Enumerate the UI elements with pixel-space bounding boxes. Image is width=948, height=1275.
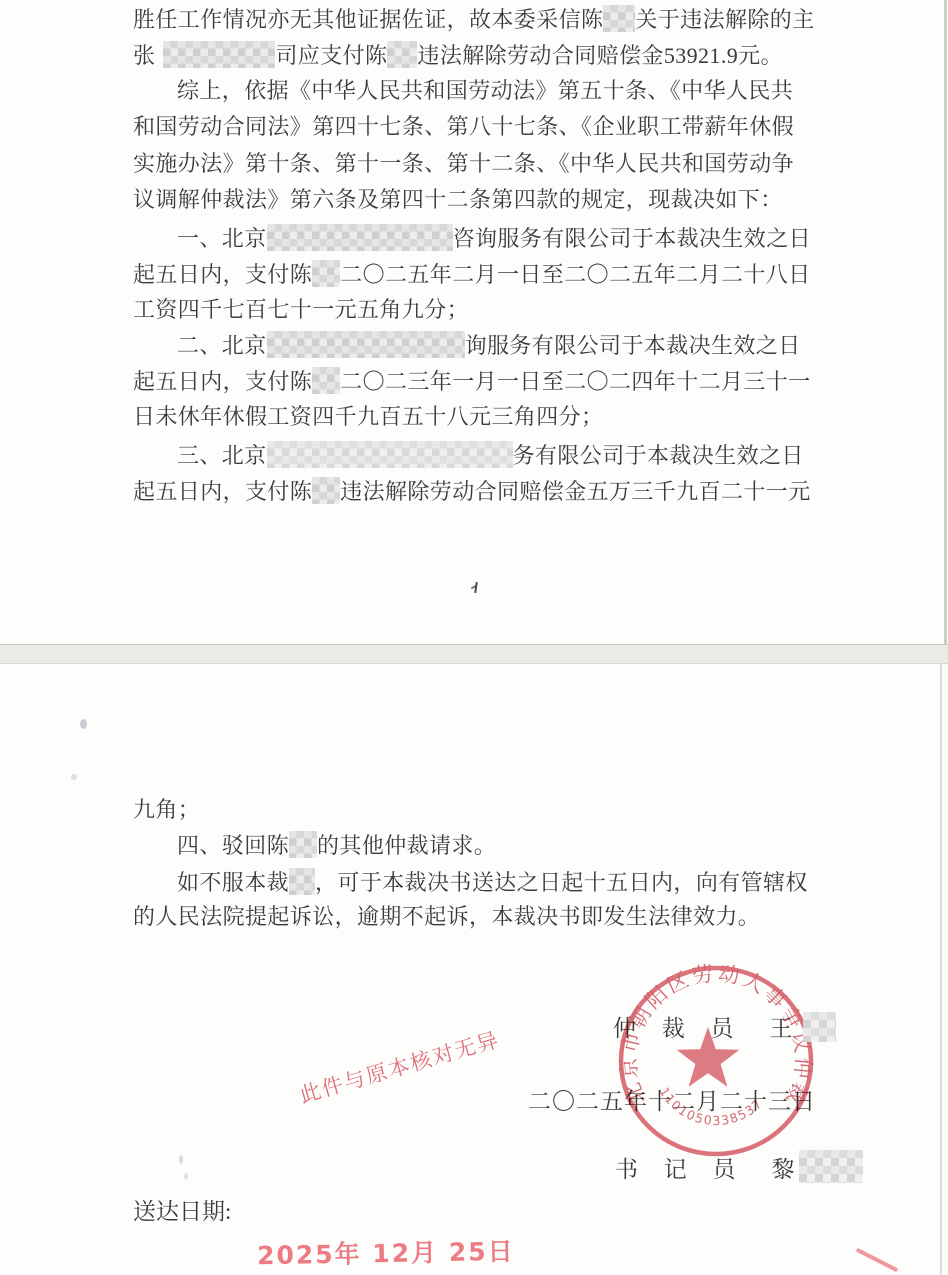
body-line: 胜任工作情况亦无其他证据佐证，故本委采信陈关于违法解除的主 [133, 5, 815, 35]
body-line: 实施办法》第十条、第十一条、第十二条、《中华人民共和国劳动争 [133, 150, 794, 180]
text-segment: 张 [133, 43, 155, 68]
body-line: 日未休年休假工资四千九百五十八元三角四分； [133, 403, 603, 433]
scan-speck [179, 1155, 183, 1164]
text-segment: ，可于本裁决书送达之日起十五日内，向有管辖权 [315, 870, 808, 895]
arbitrator-surname: 王 [770, 1016, 793, 1041]
body-line: 工资四千七百七十一元五角九分； [133, 296, 469, 326]
text-segment: 日未休年休假工资四千九百五十八元三角四分； [133, 404, 603, 429]
body-line: 一、北京咨询服务有限公司于本裁决生效之日 [133, 224, 811, 254]
text-segment: 关于违法解除的主 [635, 7, 814, 32]
text-segment: 实施办法》第十条、第十一条、第十二条、《中华人民共和国劳动争 [133, 151, 794, 176]
redaction-block [289, 831, 317, 858]
text-segment: 综上，依据《中华人民共和国劳动法》第五十条、《中华人民共 [177, 78, 793, 103]
svg-text:1101050338537: 1101050338537 [657, 1084, 766, 1128]
redaction-block [387, 41, 417, 68]
text-segment: 司应支付陈 [275, 43, 387, 68]
official-seal: 北京市朝阳区劳动人事争议仲裁委员会 1101050338537 [617, 962, 815, 1160]
redaction-block [803, 1012, 836, 1042]
redaction-block [267, 224, 453, 251]
body-line: 起五日内，支付陈违法解除劳动合同赔偿金五万三千九百二十一元 [133, 477, 811, 507]
body-line: 二、北京询服务有限公司于本裁决生效之日 [133, 331, 801, 361]
text-segment: 四、驳回陈 [177, 833, 289, 858]
redaction-block [603, 5, 635, 32]
text-segment: 胜任工作情况亦无其他证据佐证，故本委采信陈 [133, 7, 603, 32]
body-line: 综上，依据《中华人民共和国劳动法》第五十条、《中华人民共 [133, 77, 793, 107]
text-segment: 如不服本裁 [177, 870, 289, 895]
text-segment: 违法解除劳动合同赔偿金53921.9元。 [417, 43, 783, 68]
page-edge-line [940, 664, 942, 1275]
body-line: 如不服本裁，可于本裁决书送达之日起十五日内，向有管辖权 [133, 868, 808, 898]
text-segment: 务有限公司于本裁决生效之日 [513, 443, 804, 468]
text-segment: 违法解除劳动合同赔偿金五万三千九百二十一元 [340, 479, 810, 504]
delivery-date-stamp: 2025年 12月 25日 [257, 1232, 515, 1272]
text-segment: 起五日内，支付陈 [133, 369, 312, 394]
redaction-block [289, 868, 315, 895]
scan-speck [80, 719, 87, 729]
redaction-block [312, 260, 340, 287]
scan-speck [184, 1173, 188, 1180]
text-segment: 询服务有限公司于本裁决生效之日 [465, 333, 801, 358]
body-line: 议调解仲裁法》第六条及第四十二条第四款的规定，现裁决如下： [133, 186, 783, 216]
redaction-block [163, 41, 275, 68]
page-1: 胜任工作情况亦无其他证据佐证，故本委采信陈关于违法解除的主张司应支付陈违法解除劳… [0, 0, 948, 644]
text-segment: 二、北京 [177, 333, 267, 358]
text-segment: 咨询服务有限公司于本裁决生效之日 [453, 226, 811, 251]
redaction-block [267, 331, 465, 358]
text-segment: 工资四千七百七十一元五角九分； [133, 297, 469, 322]
text-segment: 的其他仲裁请求。 [317, 833, 496, 858]
text-segment: 起五日内，支付陈 [133, 262, 312, 287]
text-segment: 二〇二三年一月一日至二〇二四年十二月三十一 [340, 369, 810, 394]
redaction-block [312, 477, 340, 504]
body-line: 起五日内，支付陈二〇二三年一月一日至二〇二四年十二月三十一 [133, 367, 811, 397]
seal-star-icon [677, 1027, 740, 1087]
text-segment: 和国劳动合同法》第四十七条、第八十七条、《企业职工带薪年休假 [133, 114, 794, 139]
text-segment: 九角； [133, 797, 200, 822]
body-line: 三、北京务有限公司于本裁决生效之日 [133, 441, 804, 471]
text-segment: 三、北京 [177, 443, 267, 468]
clerk-label: 书 记 员 [615, 1157, 746, 1182]
redaction-block [312, 367, 340, 394]
body-line: 四、驳回陈的其他仲裁请求。 [133, 831, 496, 861]
body-line: 九角； [133, 796, 200, 826]
scan-speck [71, 774, 77, 780]
delivery-date-label: 送达日期: [133, 1193, 231, 1226]
body-line: 的人民法院提起诉讼，逾期不起诉，本裁决书即发生法律效力。 [133, 903, 760, 933]
seal-serial-number: 1101050338537 [657, 1084, 766, 1128]
text-segment: 的人民法院提起诉讼，逾期不起诉，本裁决书即发生法律效力。 [133, 904, 760, 929]
body-line: 和国劳动合同法》第四十七条、第八十七条、《企业职工带薪年休假 [133, 113, 794, 143]
text-segment: 议调解仲裁法》第六条及第四十二条第四款的规定，现裁决如下： [133, 187, 783, 212]
clerk-surname: 黎 [772, 1157, 795, 1182]
document-scan: 胜任工作情况亦无其他证据佐证，故本委采信陈关于违法解除的主张司应支付陈违法解除劳… [0, 0, 948, 1275]
page-divider [0, 644, 948, 664]
body-line: 起五日内，支付陈二〇二五年二月一日至二〇二五年二月二十八日 [133, 260, 811, 290]
redaction-block [799, 1150, 863, 1183]
text-segment: 一、北京 [177, 226, 267, 251]
page-edge-line [944, 0, 947, 644]
body-line: 张司应支付陈违法解除劳动合同赔偿金53921.9元。 [133, 41, 783, 71]
redaction-block [267, 441, 513, 468]
text-segment: 二〇二五年二月一日至二〇二五年二月二十八日 [340, 262, 810, 287]
text-segment: 起五日内，支付陈 [133, 479, 312, 504]
